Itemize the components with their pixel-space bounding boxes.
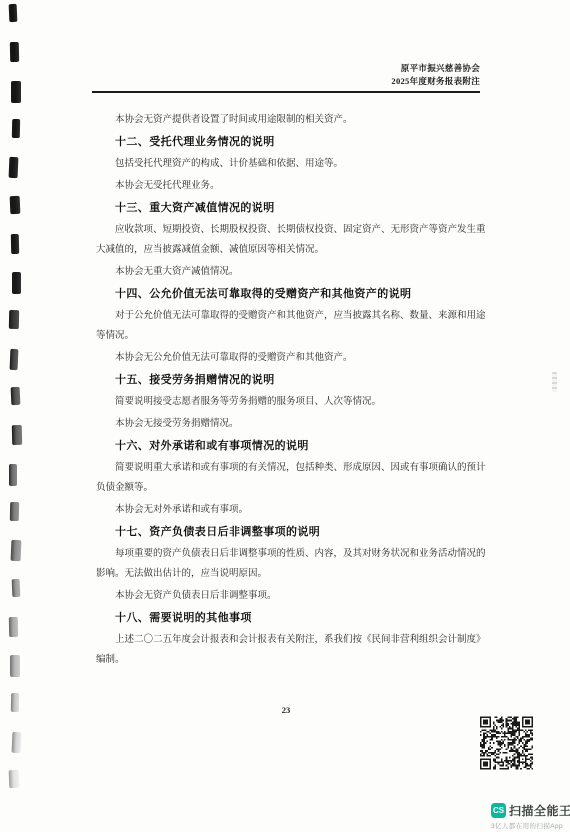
section-heading: 十六、对外承诺和或有事项情况的说明 — [96, 436, 476, 456]
binding-hole-mark — [9, 464, 17, 486]
paragraph: 包括受托代理资产的构成、计价基础和依据、用途等。 — [96, 154, 476, 174]
paragraph-line: 应收款项、短期投资、长期股权投资、长期债权投资、固定资产、无形资产等资产发生重 — [96, 220, 476, 240]
page-header: 原平市振兴慈善协会 2025年度财务报表附注 — [391, 62, 480, 88]
paragraph-line: 本协会无重大资产减值情况。 — [96, 262, 476, 282]
section-heading: 十二、受托代理业务情况的说明 — [96, 132, 476, 152]
paragraph-line: 负债金额等。 — [96, 478, 476, 498]
scanned-document-page: 原平市振兴慈善协会 2025年度财务报表附注 本协会无资产提供者设置了时间或用途… — [0, 0, 570, 832]
paragraph: 本协会无资产提供者设置了时间或用途限制的相关资产。 — [96, 110, 476, 130]
header-divider — [92, 91, 480, 93]
binding-hole-mark — [9, 157, 19, 178]
paragraph-line: 简要说明接受志愿者服务等劳务捐赠的服务项目、人次等情况。 — [96, 392, 476, 412]
qr-code — [480, 716, 533, 770]
camscanner-logo-icon: CS — [491, 803, 506, 818]
binding-hole-mark — [12, 272, 21, 294]
section-heading: 十五、接受劳务捐赠情况的说明 — [96, 370, 476, 390]
paragraph: 上述二〇二五年度会计报表和会计报表有关附注，系我们按《民间非营利组织会计制度》编… — [96, 630, 476, 670]
paragraph: 简要说明重大承诺和或有事项的有关情况，包括种类、形成原因、因或有事项确认的预计负… — [96, 458, 476, 498]
paragraph: 本协会无资产负债表日后非调整事项。 — [96, 586, 476, 606]
binding-hole-mark — [9, 617, 18, 637]
binding-hole-mark — [11, 81, 21, 103]
camscanner-brand-name: 扫描全能王™ — [509, 802, 570, 819]
section-heading: 十八、需要说明的其他事项 — [96, 608, 476, 628]
binding-hole-mark — [11, 693, 19, 712]
section-heading: 十四、公允价值无法可靠取得的受赠资产和其他资产的说明 — [96, 284, 476, 304]
binding-hole-mark — [9, 770, 20, 788]
binding-hole-mark — [10, 195, 21, 213]
paragraph-line: 本协会无受托代理业务。 — [96, 176, 476, 196]
paragraph: 本协会无重大资产减值情况。 — [96, 262, 476, 282]
scan-smudge — [552, 372, 557, 392]
paragraph: 本协会无公允价值无法可靠取得的受赠资产和其他资产。 — [96, 348, 476, 368]
binding-hole-mark — [12, 732, 22, 753]
binding-hole-mark — [11, 234, 19, 254]
binding-hole-mark — [12, 425, 22, 445]
section-heading: 十七、资产负债表日后非调整事项的说明 — [96, 522, 476, 542]
paragraph: 应收款项、短期投资、长期股权投资、长期债权投资、固定资产、无形资产等资产发生重大… — [96, 220, 476, 260]
paragraph-line: 包括受托代理资产的构成、计价基础和依据、用途等。 — [96, 154, 476, 174]
paragraph: 本协会无受托代理业务。 — [96, 176, 476, 196]
paragraph-line: 每项重要的资产负债表日后非调整事项的性质、内容，及其对财务状况和业务活动情况的 — [96, 544, 476, 564]
paragraph-line: 简要说明重大承诺和或有事项的有关情况，包括种类、形成原因、因或有事项确认的预计 — [96, 458, 476, 478]
paragraph-line: 对于公允价值无法可靠取得的受赠资产和其他资产，应当披露其名称、数量、来源和用途 — [96, 306, 476, 326]
paragraph-line: 大减值的，应当披露减值金额、减值原因等相关情况。 — [96, 240, 476, 260]
paragraph-line: 上述二〇二五年度会计报表和会计报表有关附注，系我们按《民间非营利组织会计制度》 — [96, 630, 476, 650]
document-body: 本协会无资产提供者设置了时间或用途限制的相关资产。 十二、受托代理业务情况的说明… — [96, 108, 476, 670]
binding-hole-mark — [9, 310, 19, 329]
paragraph-line: 本协会无对外承诺和或有事项。 — [96, 500, 476, 520]
paragraph-line: 影响。无法做出估计的，应当说明原因。 — [96, 564, 476, 584]
paragraph: 每项重要的资产负债表日后非调整事项的性质、内容，及其对财务状况和业务活动情况的影… — [96, 544, 476, 584]
camscanner-tagline: 3亿人都在用的扫描App — [491, 821, 567, 830]
binding-hole-mark — [10, 655, 20, 677]
binding-hole-mark — [12, 578, 21, 596]
paragraph: 对于公允价值无法可靠取得的受赠资产和其他资产，应当披露其名称、数量、来源和用途等… — [96, 306, 476, 346]
section-heading: 十三、重大资产减值情况的说明 — [96, 198, 476, 218]
binding-holes — [0, 0, 34, 832]
paragraph: 本协会无对外承诺和或有事项。 — [96, 500, 476, 520]
paragraph-line: 本协会无接受劳务捐赠情况。 — [96, 414, 476, 434]
binding-hole-mark — [10, 502, 19, 521]
binding-hole-mark — [9, 4, 18, 22]
paragraph-line: 本协会无资产负债表日后非调整事项。 — [96, 586, 476, 606]
paragraph-line: 编制。 — [96, 650, 476, 670]
page-number: 23 — [96, 705, 476, 715]
paragraph-line: 本协会无资产提供者设置了时间或用途限制的相关资产。 — [96, 110, 476, 130]
binding-hole-mark — [12, 119, 20, 138]
paragraph-line: 等情况。 — [96, 326, 476, 346]
binding-hole-mark — [11, 540, 22, 561]
paragraph: 简要说明接受志愿者服务等劳务捐赠的服务项目、人次等情况。 — [96, 392, 476, 412]
header-doc-title: 2025年度财务报表附注 — [391, 75, 480, 88]
paragraph: 本协会无接受劳务捐赠情况。 — [96, 414, 476, 434]
binding-hole-mark — [10, 42, 19, 62]
paragraph-line: 本协会无公允价值无法可靠取得的受赠资产和其他资产。 — [96, 348, 476, 368]
camscanner-watermark: CS 扫描全能王™ 3亿人都在用的扫描App — [491, 802, 567, 830]
binding-hole-mark — [10, 349, 19, 370]
binding-hole-mark — [11, 387, 21, 405]
header-org-name: 原平市振兴慈善协会 — [391, 62, 480, 75]
